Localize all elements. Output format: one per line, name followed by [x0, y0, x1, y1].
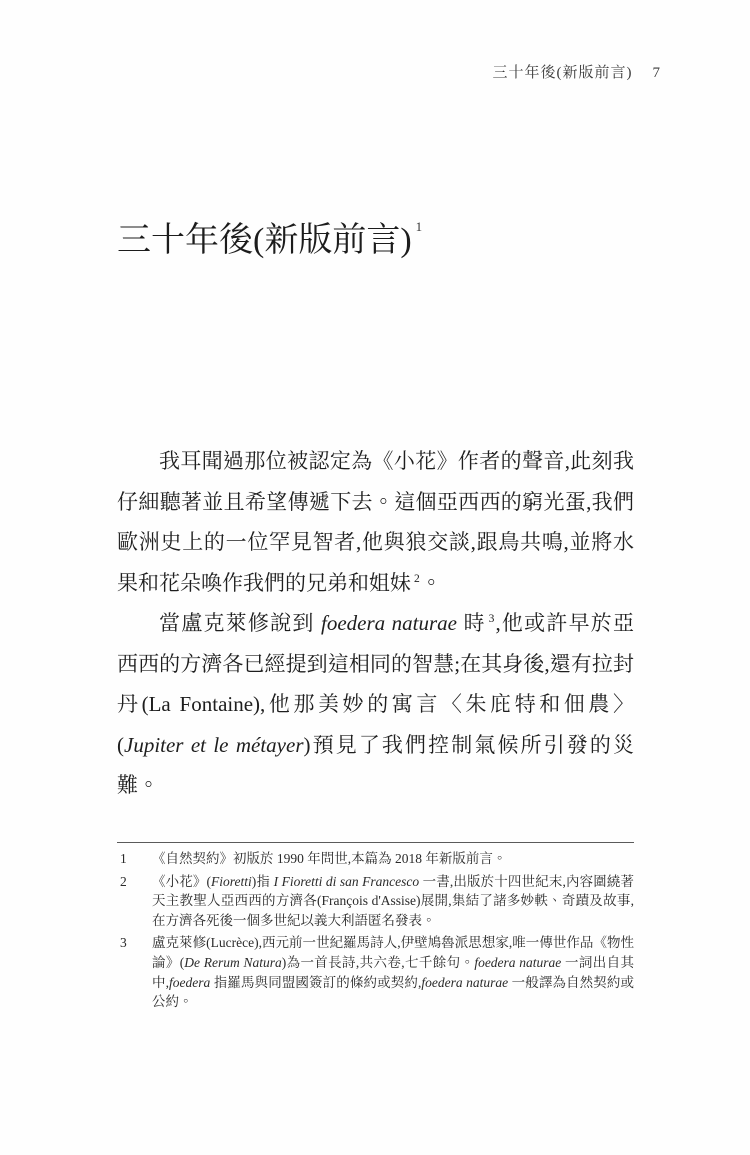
body-text: 我耳聞過那位被認定為《小花》作者的聲音,此刻我仔細聽著並且希望傳遞下去。這個亞西…	[117, 441, 634, 806]
book-page: 三十年後(新版前言)7 三十年後(新版前言)1 我耳聞過那位被認定為《小花》作者…	[0, 0, 750, 1155]
title-footnote-ref: 1	[416, 219, 423, 234]
footnote-text-2: 《小花》(Fioretti)指 I Fioretti di san France…	[152, 874, 634, 928]
chapter-title: 三十年後(新版前言)1	[117, 204, 422, 264]
running-header: 三十年後(新版前言)7	[117, 61, 660, 82]
paragraph-1: 我耳聞過那位被認定為《小花》作者的聲音,此刻我仔細聽著並且希望傳遞下去。這個亞西…	[117, 441, 634, 603]
running-title: 三十年後(新版前言)	[493, 65, 633, 81]
chapter-title-text: 三十年後(新版前言)	[117, 222, 412, 259]
footnote-item-1: 1 《自然契約》初版於 1990 年問世,本篇為 2018 年新版前言。	[117, 849, 634, 869]
footnote-number-1: 1	[120, 849, 127, 869]
footnote-text-1: 《自然契約》初版於 1990 年問世,本篇為 2018 年新版前言。	[152, 851, 506, 866]
footnotes-section: 1 《自然契約》初版於 1990 年問世,本篇為 2018 年新版前言。 2 《…	[117, 849, 634, 1012]
page-number: 7	[653, 65, 661, 82]
footnote-item-2: 2 《小花》(Fioretti)指 I Fioretti di san Fran…	[117, 872, 634, 931]
footnote-number-2: 2	[120, 872, 127, 892]
footnote-item-3: 3 盧克萊修(Lucrèce),西元前一世紀羅馬詩人,伊壁鳩魯派思想家,唯一傳世…	[117, 933, 634, 1011]
footnote-text-3: 盧克萊修(Lucrèce),西元前一世紀羅馬詩人,伊壁鳩魯派思想家,唯一傳世作品…	[152, 935, 634, 1009]
paragraph-2: 當盧克萊修說到 foedera naturae 時3,他或許早於亞西西的方濟各已…	[117, 603, 634, 806]
footnote-divider	[117, 842, 634, 843]
footnote-number-3: 3	[120, 933, 127, 953]
